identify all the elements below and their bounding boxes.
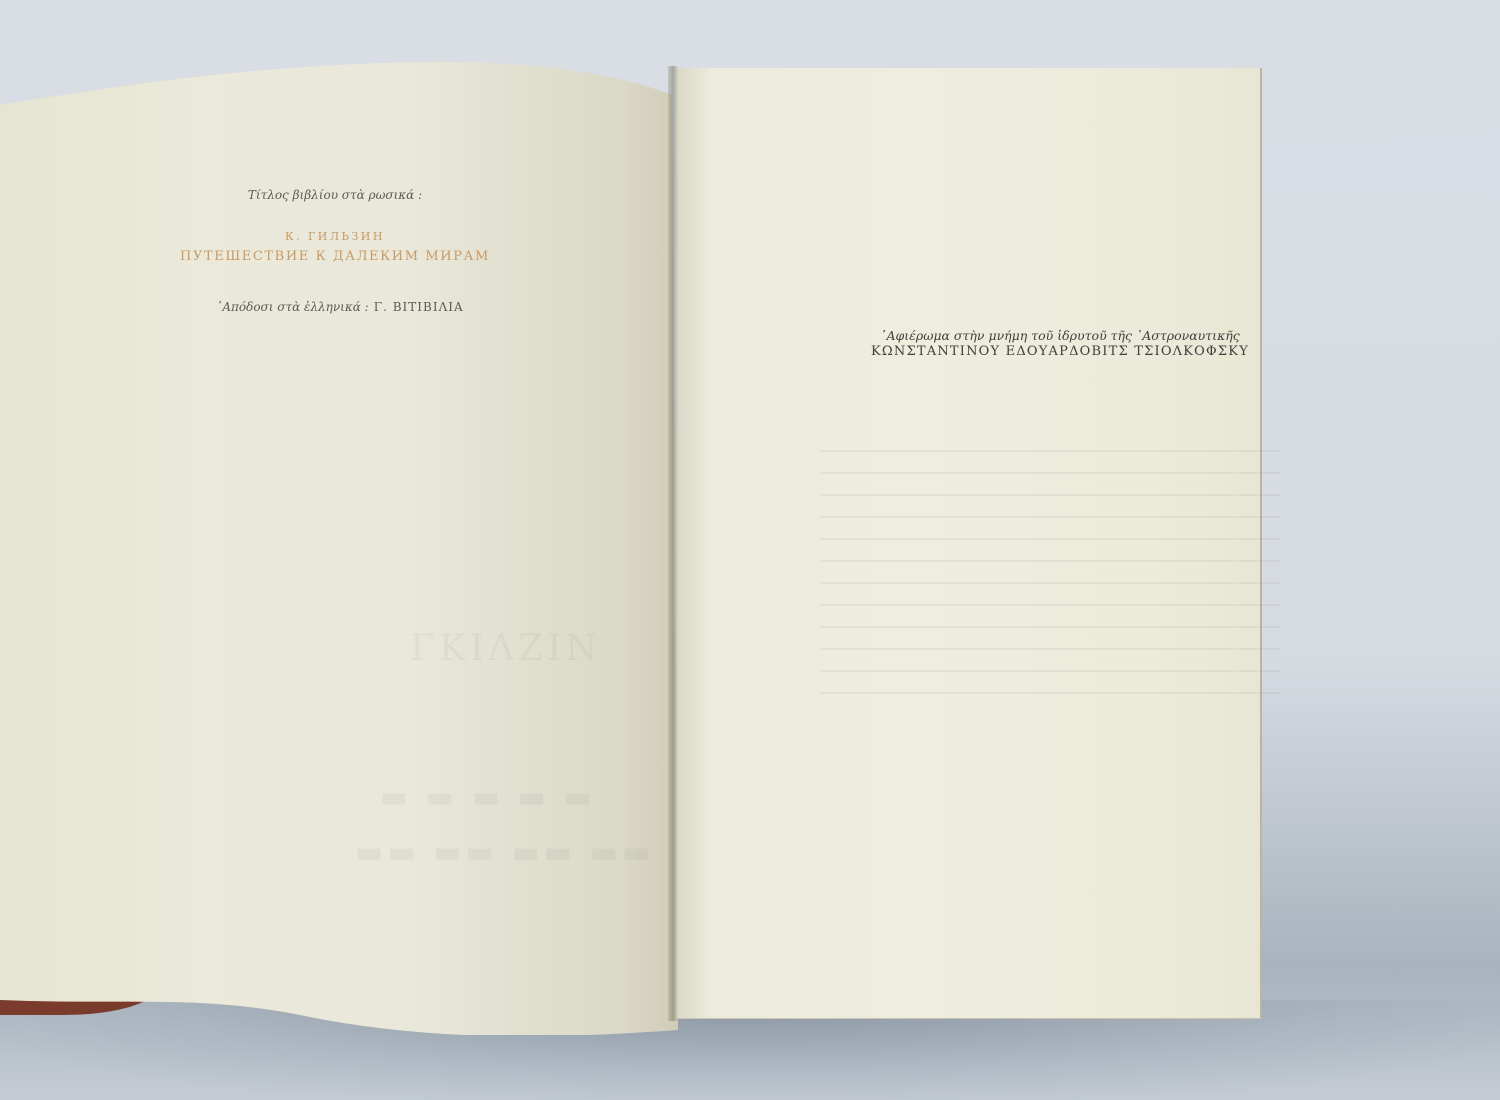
show-through-text: ΓΚΙΛΖΙΝ	[410, 628, 601, 669]
book-photo-scene: ΓΚΙΛΖΙΝ ▬ ▬ ▬ ▬ ▬ ▬▬ ▬▬ ▬▬ ▬▬ Τίτλος βιβ…	[0, 0, 1500, 1100]
show-through-lines	[820, 450, 1280, 710]
book-gutter	[668, 66, 678, 1021]
translation-credit: ᾿Απόδοσι στὰ ἑλληνικά : Γ. ΒΙΤΙΒΙΛΙΑ	[180, 296, 500, 315]
dedication-line: ᾿Αφιέρωμα στὴν μνήμη τοῦ ἱδρυτοῦ τῆς ᾿Ασ…	[850, 328, 1270, 343]
russian-author: К. ГИЛЬЗИН	[190, 230, 480, 243]
show-through-text-lower: ▬ ▬ ▬ ▬ ▬	[380, 780, 596, 815]
russian-book-title: ПУТЕШЕСТВИЕ К ДАЛЕКИМ МИРАМ	[165, 249, 505, 264]
russian-title-label: Τίτλος βιβλίου στὰ ρωσικά :	[190, 188, 480, 202]
translator-name: Γ. ΒΙΤΙΒΙΛΙΑ	[374, 300, 464, 314]
left-page	[0, 30, 678, 1035]
translation-label: ᾿Απόδοσι στὰ ἑλληνικά :	[216, 300, 368, 314]
show-through-text-lower-2: ▬▬ ▬▬ ▬▬ ▬▬	[355, 835, 654, 870]
dedicatee-name: ΚΩΝΣΤΑΝΤΙΝΟΥ ΕΔΟΥΑΡΔΟΒΙΤΣ ΤΣΙΟΛΚΟΦΣΚΥ	[850, 344, 1270, 359]
